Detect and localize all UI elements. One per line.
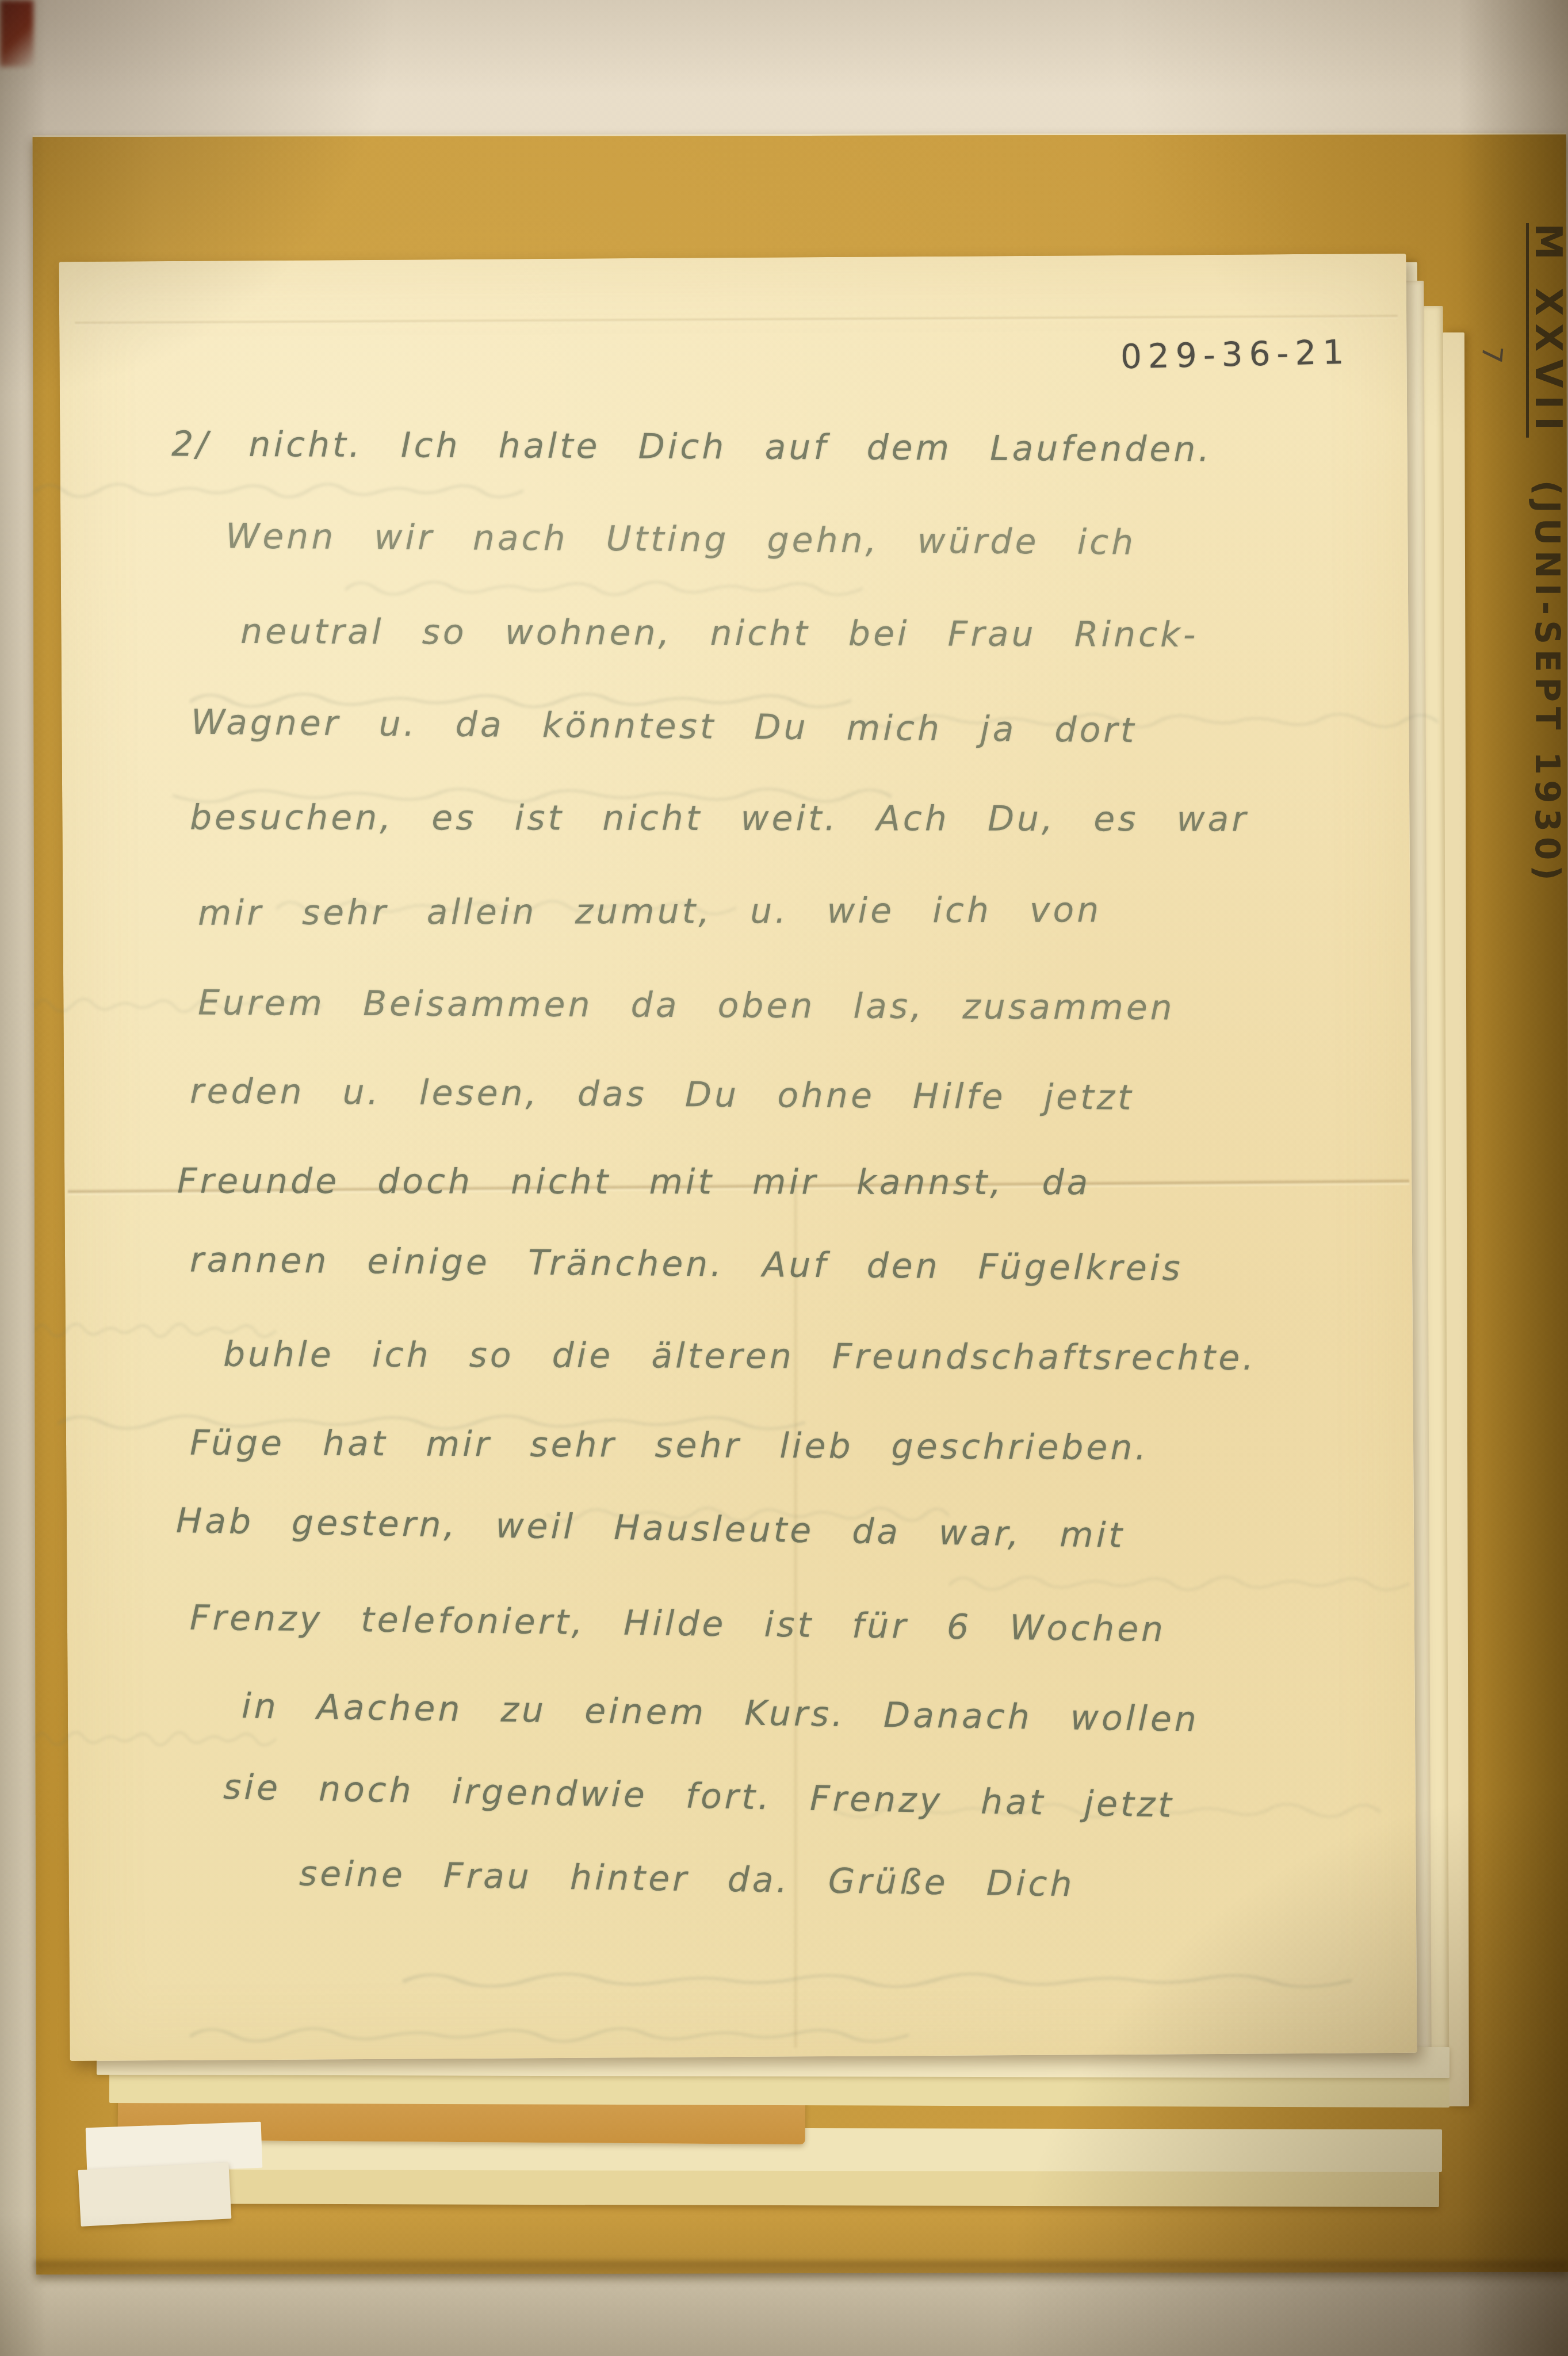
archival-number: 029-36-21	[1120, 332, 1351, 376]
red-corner-artifact	[0, 0, 33, 67]
folder-edge-shadow	[35, 2261, 1568, 2284]
ghost-writing	[949, 1570, 1409, 1597]
ghost-writing	[190, 2022, 909, 2048]
handwriting-line: Freunde doch nicht mit mir kannst, da	[177, 1161, 1091, 1203]
page-edge-strip	[115, 2166, 1439, 2207]
handwriting-line: besuchen, es ist nicht weit. Ach Du, es …	[190, 797, 1249, 839]
spine-date-range: (JUNI-SEPT 1930)	[1528, 480, 1567, 886]
handwriting-line: neutral so wohnen, nicht bei Frau Rinck-	[240, 611, 1199, 655]
handwriting-line: Füge hat mir sehr sehr lieb geschrieben.	[190, 1423, 1149, 1468]
handwriting-line: mir sehr allein zumut, u. wie ich von	[198, 890, 1102, 933]
handwriting-line: Wagner u. da könntest Du mich ja dort	[191, 702, 1137, 751]
handwriting-line: 2/ nicht. Ich halte Dich auf dem Laufend…	[171, 424, 1213, 469]
handwriting-line: Eurem Beisammen da oben las, zusammen	[198, 983, 1175, 1028]
folder-spine-label: M XXVII(JUNI-SEPT 1930)	[1527, 223, 1568, 886]
handwriting-line: reden u. lesen, das Du ohne Hilfe jetzt	[190, 1071, 1134, 1118]
white-slip	[78, 2162, 232, 2227]
edge-mark: 7	[1475, 344, 1508, 364]
ghost-writing	[35, 1726, 276, 1752]
archive-photo-scene: 029-36-21 7 2/ nicht. Ich halte Dich auf…	[0, 0, 1568, 2356]
spine-volume-title: M XXVII	[1527, 223, 1568, 438]
handwriting-line: Wenn wir nach Utting gehn, würde ich	[225, 516, 1137, 563]
ghost-writing	[35, 477, 523, 504]
handwriting-line: buhle ich so die älteren Freundschaftsre…	[223, 1334, 1256, 1378]
ghost-writing	[403, 1967, 1352, 1994]
ghost-writing	[345, 575, 863, 602]
